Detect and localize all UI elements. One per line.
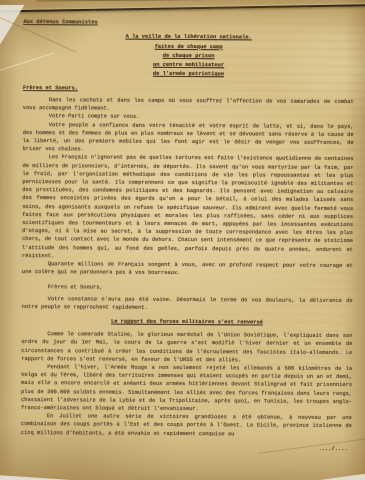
- paper-bottom-right-edge: [279, 473, 365, 480]
- typewritten-content: Aux détenus Communistes A la veille de l…: [21, 18, 355, 453]
- scan-backdrop: Aux détenus Communistes A la veille de l…: [0, 0, 365, 480]
- paragraph: Votre constance n'aura pas été vaine. Dé…: [22, 295, 353, 313]
- paragraph: Comme le camarade Staline, le glorieux m…: [21, 330, 352, 365]
- paragraph: Les Français n'ignorent pas de quelles t…: [22, 153, 354, 262]
- salutation: Frères et Soeurs,: [22, 283, 353, 293]
- paragraph: Dans les cachots et dans les camps où vo…: [23, 96, 354, 114]
- document-addressee: Aux détenus Communistes: [23, 18, 354, 28]
- page-continuation-marker: ..../....: [21, 443, 352, 453]
- paper-fold-line: [0, 4, 365, 13]
- paper-bottom-left-edge: [0, 475, 144, 480]
- paper-edge-line: [36, 0, 365, 1]
- paragraph: Votre peuple a confiance dans votre téna…: [23, 121, 354, 156]
- document-title: A la veille de la libération nationale. …: [23, 32, 354, 81]
- section-heading: Le rapport des forces militaires s'est r…: [21, 317, 352, 327]
- paragraph: Pendant l'hiver, l'Armée Rouge a non seu…: [21, 363, 352, 414]
- document-page: Aux détenus Communistes A la veille de l…: [0, 0, 365, 480]
- title-line: de l'armée patriotique: [23, 69, 354, 80]
- salutation: Frères et Soeurs.: [23, 84, 354, 94]
- paragraph: Quarante millions de Français songent à …: [22, 260, 353, 278]
- paragraph: En Juillet une autre série de victoires …: [21, 412, 352, 439]
